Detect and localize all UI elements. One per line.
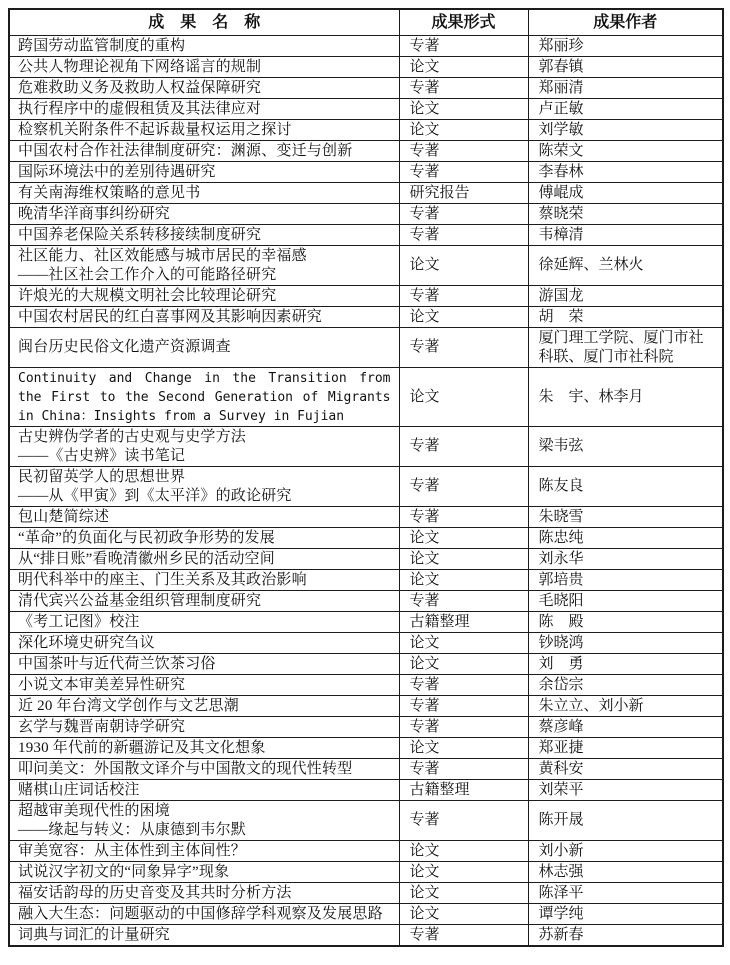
- result-author-cell: 郭培贵: [528, 570, 723, 591]
- result-author-cell: 刘学敏: [528, 120, 723, 141]
- result-form-cell: 论文: [399, 307, 528, 328]
- table-row: 深化环境史研究刍议 论文 钞晓鸿: [9, 633, 723, 654]
- result-author-cell: 谭学纯: [528, 904, 723, 925]
- result-author-cell: 刘小新: [528, 841, 723, 862]
- table-row: Continuity and Change in the Transition …: [9, 368, 723, 427]
- result-author-cell: 陈荣文: [528, 141, 723, 162]
- table-row: 小说文本审美差异性研究 专著 余岱宗: [9, 675, 723, 696]
- result-author-cell: 郑丽珍: [528, 36, 723, 57]
- result-author-cell: 毛晓阳: [528, 591, 723, 612]
- result-author-cell: 余岱宗: [528, 675, 723, 696]
- result-name-cell: 中国农村合作社法律制度研究：渊源、变迁与创新: [9, 141, 399, 162]
- table-row: 中国农村居民的红白喜事网及其影响因素研究 论文 胡 荣: [9, 307, 723, 328]
- result-form-cell: 古籍整理: [399, 612, 528, 633]
- table-row: 审美宽容：从主体性到主体间性？ 论文 刘小新: [9, 841, 723, 862]
- result-author-cell: 陈开晟: [528, 801, 723, 841]
- table-row: 清代宾兴公益基金组织管理制度研究 专著 毛晓阳: [9, 591, 723, 612]
- result-form-cell: 论文: [399, 368, 528, 427]
- header-row: 成 果 名 称 成果形式 成果作者: [9, 9, 723, 36]
- result-form-cell: 专著: [399, 759, 528, 780]
- result-name-cell: 有关南海维权策略的意见书: [9, 183, 399, 204]
- result-author-cell: 刘 勇: [528, 654, 723, 675]
- table-row: 古史辨伪学者的古史观与史学方法 ——《古史辨》读书笔记 专著 梁韦弦: [9, 427, 723, 467]
- result-author-cell: 陈 殿: [528, 612, 723, 633]
- result-form-cell: 论文: [399, 57, 528, 78]
- result-form-cell: 专著: [399, 286, 528, 307]
- result-name-cell: 1930 年代前的新疆游记及其文化想象: [9, 738, 399, 759]
- result-author-cell: 朱 宇、林李月: [528, 368, 723, 427]
- result-form-cell: 古籍整理: [399, 780, 528, 801]
- result-name-cell: 清代宾兴公益基金组织管理制度研究: [9, 591, 399, 612]
- result-name-cell: 玄学与魏晋南朝诗学研究: [9, 717, 399, 738]
- result-author-cell: 梁韦弦: [528, 427, 723, 467]
- result-author-cell: 郭春镇: [528, 57, 723, 78]
- table-row: 叩问美文：外国散文译介与中国散文的现代性转型 专著 黄科安: [9, 759, 723, 780]
- table-row: 福安话韵母的历史音变及其共时分析方法 论文 陈泽平: [9, 883, 723, 904]
- result-form-cell: 论文: [399, 841, 528, 862]
- result-form-cell: 论文: [399, 570, 528, 591]
- header-col-form: 成果形式: [399, 9, 528, 36]
- result-form-cell: 论文: [399, 738, 528, 759]
- result-author-cell: 徐延辉、兰林火: [528, 246, 723, 286]
- result-author-cell: 朱晓雪: [528, 507, 723, 528]
- table-row: 明代科举中的座主、门生关系及其政治影响 论文 郭培贵: [9, 570, 723, 591]
- result-form-cell: 论文: [399, 654, 528, 675]
- document-sheet: 成 果 名 称 成果形式 成果作者 跨国劳动监管制度的重构 专著 郑丽珍 公共人…: [0, 0, 730, 947]
- result-author-cell: 陈忠纯: [528, 528, 723, 549]
- result-form-cell: 论文: [399, 120, 528, 141]
- result-name-cell: 古史辨伪学者的古史观与史学方法 ——《古史辨》读书笔记: [9, 427, 399, 467]
- result-name-cell: 融入大生态：问题驱动的中国修辞学科观察及发展思路: [9, 904, 399, 925]
- table-row: 试说汉字初文的“同象异字”现象 论文 林志强: [9, 862, 723, 883]
- result-form-cell: 专著: [399, 925, 528, 947]
- result-form-cell: 专著: [399, 36, 528, 57]
- result-name-cell: 叩问美文：外国散文译介与中国散文的现代性转型: [9, 759, 399, 780]
- table-row: 国际环境法中的差别待遇研究 专著 李春林: [9, 162, 723, 183]
- result-form-cell: 专著: [399, 141, 528, 162]
- result-form-cell: 研究报告: [399, 183, 528, 204]
- result-name-cell: 赌棋山庄词话校注: [9, 780, 399, 801]
- header-col-author: 成果作者: [528, 9, 723, 36]
- result-author-cell: 李春林: [528, 162, 723, 183]
- result-author-cell: 黄科安: [528, 759, 723, 780]
- result-name-cell: 深化环境史研究刍议: [9, 633, 399, 654]
- result-name-cell: 国际环境法中的差别待遇研究: [9, 162, 399, 183]
- result-name-cell: 中国农村居民的红白喜事网及其影响因素研究: [9, 307, 399, 328]
- table-row: 从“排日账”看晚清徽州乡民的活动空间 论文 刘永华: [9, 549, 723, 570]
- result-form-cell: 专著: [399, 204, 528, 225]
- result-name-cell: 超越审美现代性的困境 ——缘起与转义：从康德到韦尔默: [9, 801, 399, 841]
- table-row: 社区能力、社区效能感与城市居民的幸福感 ——社区社会工作介入的可能路径研究 论文…: [9, 246, 723, 286]
- result-name-cell: 中国茶叶与近代荷兰饮茶习俗: [9, 654, 399, 675]
- result-name-cell: 包山楚简综述: [9, 507, 399, 528]
- result-form-cell: 专著: [399, 78, 528, 99]
- result-name-cell: 跨国劳动监管制度的重构: [9, 36, 399, 57]
- result-name-cell: “革命”的负面化与民初政争形势的发展: [9, 528, 399, 549]
- result-name-cell: 公共人物理论视角下网络谣言的规制: [9, 57, 399, 78]
- result-form-cell: 论文: [399, 549, 528, 570]
- result-form-cell: 专著: [399, 427, 528, 467]
- result-author-cell: 钞晓鸿: [528, 633, 723, 654]
- result-form-cell: 论文: [399, 904, 528, 925]
- result-author-cell: 朱立立、刘小新: [528, 696, 723, 717]
- result-name-cell: 《考工记图》校注: [9, 612, 399, 633]
- result-name-cell: 中国养老保险关系转移接续制度研究: [9, 225, 399, 246]
- result-name-cell: 试说汉字初文的“同象异字”现象: [9, 862, 399, 883]
- result-form-cell: 论文: [399, 862, 528, 883]
- result-form-cell: 论文: [399, 99, 528, 120]
- result-name-cell: 危难救助义务及救助人权益保障研究: [9, 78, 399, 99]
- result-name-cell: 许烺光的大规模文明社会比较理论研究: [9, 286, 399, 307]
- result-form-cell: 专著: [399, 675, 528, 696]
- table-row: 跨国劳动监管制度的重构 专著 郑丽珍: [9, 36, 723, 57]
- result-form-cell: 论文: [399, 246, 528, 286]
- table-row: “革命”的负面化与民初政争形势的发展 论文 陈忠纯: [9, 528, 723, 549]
- table-row: 赌棋山庄词话校注 古籍整理 刘荣平: [9, 780, 723, 801]
- table-row: 融入大生态：问题驱动的中国修辞学科观察及发展思路 论文 谭学纯: [9, 904, 723, 925]
- result-author-cell: 韦樟清: [528, 225, 723, 246]
- table-row: 检察机关附条件不起诉裁量权运用之探讨 论文 刘学敏: [9, 120, 723, 141]
- result-name-cell: 审美宽容：从主体性到主体间性？: [9, 841, 399, 862]
- result-form-cell: 论文: [399, 883, 528, 904]
- results-table-body: 跨国劳动监管制度的重构 专著 郑丽珍 公共人物理论视角下网络谣言的规制 论文 郭…: [9, 36, 723, 947]
- result-author-cell: 蔡晓荣: [528, 204, 723, 225]
- table-row: 中国茶叶与近代荷兰饮茶习俗 论文 刘 勇: [9, 654, 723, 675]
- result-author-cell: 厦门理工学院、厦门市社科联、厦门市社科院: [528, 328, 723, 368]
- table-row: 中国养老保险关系转移接续制度研究 专著 韦樟清: [9, 225, 723, 246]
- result-form-cell: 专著: [399, 696, 528, 717]
- results-table-header: 成 果 名 称 成果形式 成果作者: [9, 9, 723, 36]
- result-name-cell: 近 20 年台湾文学创作与文艺思潮: [9, 696, 399, 717]
- table-row: 《考工记图》校注 古籍整理 陈 殿: [9, 612, 723, 633]
- result-name-cell: 从“排日账”看晚清徽州乡民的活动空间: [9, 549, 399, 570]
- result-author-cell: 刘永华: [528, 549, 723, 570]
- result-author-cell: 刘荣平: [528, 780, 723, 801]
- result-form-cell: 专著: [399, 507, 528, 528]
- result-form-cell: 专著: [399, 467, 528, 507]
- result-author-cell: 郑丽清: [528, 78, 723, 99]
- result-name-cell: 词典与词汇的计量研究: [9, 925, 399, 947]
- result-form-cell: 专著: [399, 591, 528, 612]
- result-name-cell: 执行程序中的虚假租赁及其法律应对: [9, 99, 399, 120]
- table-row: 晚清华洋商事纠纷研究 专著 蔡晓荣: [9, 204, 723, 225]
- result-author-cell: 苏新春: [528, 925, 723, 947]
- result-form-cell: 专著: [399, 328, 528, 368]
- table-row: 包山楚简综述 专著 朱晓雪: [9, 507, 723, 528]
- table-row: 公共人物理论视角下网络谣言的规制 论文 郭春镇: [9, 57, 723, 78]
- result-author-cell: 郑亚捷: [528, 738, 723, 759]
- result-author-cell: 蔡彦峰: [528, 717, 723, 738]
- result-form-cell: 专著: [399, 225, 528, 246]
- results-table: 成 果 名 称 成果形式 成果作者 跨国劳动监管制度的重构 专著 郑丽珍 公共人…: [8, 8, 724, 947]
- table-row: 词典与词汇的计量研究 专著 苏新春: [9, 925, 723, 947]
- table-row: 1930 年代前的新疆游记及其文化想象 论文 郑亚捷: [9, 738, 723, 759]
- table-row: 有关南海维权策略的意见书 研究报告 傅崐成: [9, 183, 723, 204]
- result-name-cell: 明代科举中的座主、门生关系及其政治影响: [9, 570, 399, 591]
- result-name-cell: Continuity and Change in the Transition …: [9, 368, 399, 427]
- result-author-cell: 胡 荣: [528, 307, 723, 328]
- result-name-cell: 民初留英学人的思想世界 ——从《甲寅》到《太平洋》的政论研究: [9, 467, 399, 507]
- table-row: 超越审美现代性的困境 ——缘起与转义：从康德到韦尔默 专著 陈开晟: [9, 801, 723, 841]
- result-author-cell: 卢正敏: [528, 99, 723, 120]
- table-row: 民初留英学人的思想世界 ——从《甲寅》到《太平洋》的政论研究 专著 陈友良: [9, 467, 723, 507]
- result-name-cell: 晚清华洋商事纠纷研究: [9, 204, 399, 225]
- header-col-name: 成 果 名 称: [9, 9, 399, 36]
- result-author-cell: 陈友良: [528, 467, 723, 507]
- result-author-cell: 傅崐成: [528, 183, 723, 204]
- result-author-cell: 林志强: [528, 862, 723, 883]
- table-row: 执行程序中的虚假租赁及其法律应对 论文 卢正敏: [9, 99, 723, 120]
- result-name-cell: 社区能力、社区效能感与城市居民的幸福感 ——社区社会工作介入的可能路径研究: [9, 246, 399, 286]
- table-row: 许烺光的大规模文明社会比较理论研究 专著 游国龙: [9, 286, 723, 307]
- result-name-cell: 福安话韵母的历史音变及其共时分析方法: [9, 883, 399, 904]
- result-form-cell: 专著: [399, 801, 528, 841]
- table-row: 近 20 年台湾文学创作与文艺思潮 专著 朱立立、刘小新: [9, 696, 723, 717]
- result-author-cell: 陈泽平: [528, 883, 723, 904]
- result-author-cell: 游国龙: [528, 286, 723, 307]
- table-row: 中国农村合作社法律制度研究：渊源、变迁与创新 专著 陈荣文: [9, 141, 723, 162]
- result-form-cell: 论文: [399, 528, 528, 549]
- result-form-cell: 论文: [399, 633, 528, 654]
- result-name-cell: 检察机关附条件不起诉裁量权运用之探讨: [9, 120, 399, 141]
- result-form-cell: 专著: [399, 162, 528, 183]
- table-row: 玄学与魏晋南朝诗学研究 专著 蔡彦峰: [9, 717, 723, 738]
- table-row: 闽台历史民俗文化遗产资源调查 专著 厦门理工学院、厦门市社科联、厦门市社科院: [9, 328, 723, 368]
- result-name-cell: 闽台历史民俗文化遗产资源调查: [9, 328, 399, 368]
- result-form-cell: 专著: [399, 717, 528, 738]
- result-name-cell: 小说文本审美差异性研究: [9, 675, 399, 696]
- table-row: 危难救助义务及救助人权益保障研究 专著 郑丽清: [9, 78, 723, 99]
